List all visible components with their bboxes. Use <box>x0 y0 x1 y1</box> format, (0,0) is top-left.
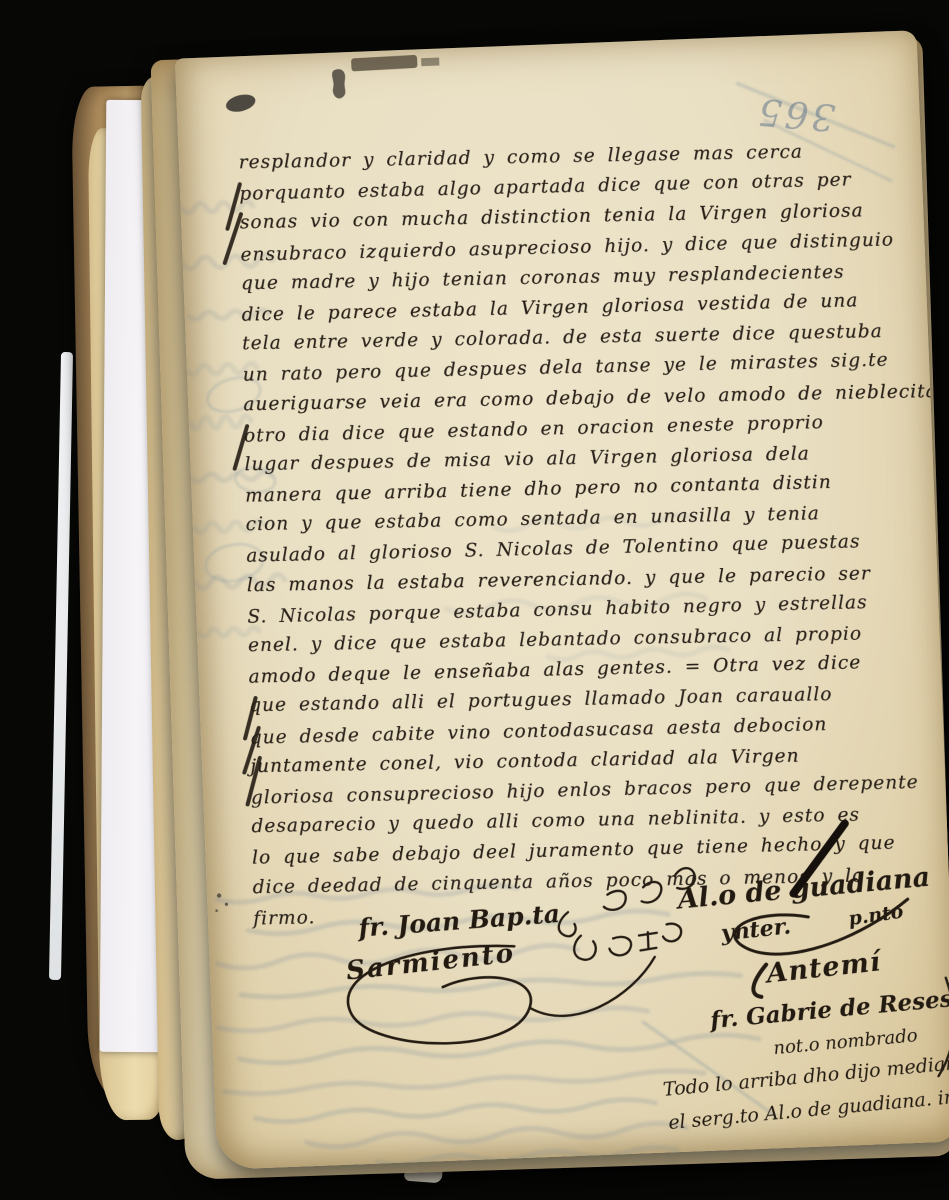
manuscript-page: 365 resplandor y claridad y como se lleg… <box>175 30 949 1170</box>
native-script-signature-marks <box>557 868 698 961</box>
antemi-swash <box>752 965 767 998</box>
bold-pen-stroke <box>791 824 848 894</box>
guadiana-rubric <box>733 899 909 956</box>
photograph-scene: 365 resplandor y claridad y como se lleg… <box>0 0 949 1200</box>
notary-rubric <box>935 977 949 1076</box>
signature-flourishes <box>175 30 949 1170</box>
sarmiento-rubric <box>346 944 532 1047</box>
sarmiento-rubric-tail <box>528 957 657 1017</box>
line-lead-strokes <box>222 184 264 804</box>
white-paper-sliver <box>49 352 73 980</box>
